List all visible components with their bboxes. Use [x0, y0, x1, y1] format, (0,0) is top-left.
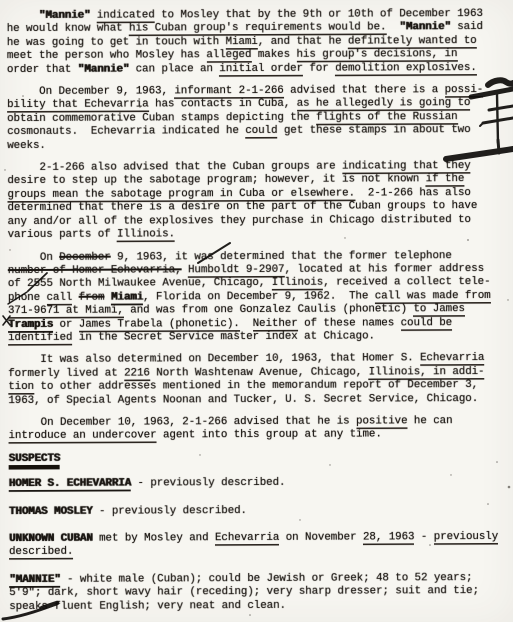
text-segment: On December 9, 1963, — [7, 85, 174, 98]
scanned-document-page: "Mannie" indicated to Mosley that by the… — [0, 0, 513, 622]
text-segment: 2-1-266 has also — [355, 187, 471, 200]
text-segment: , Florida on December 9, 1962. The — [143, 290, 375, 303]
text-segment: for — [303, 62, 335, 74]
text-segment: groups mean the sabotage program in Cuba… — [7, 187, 355, 201]
text-segment: "Mannie" — [39, 10, 91, 22]
text-segment: alleged — [206, 49, 251, 61]
text-segment: said — [451, 21, 483, 33]
text-segment: "MANNIE" — [9, 574, 61, 586]
text-segment: order that — [7, 63, 78, 75]
text-segment: to other addresses mentioned in the memo… — [34, 379, 478, 393]
text-segment: of these names — [298, 317, 401, 329]
text-segment: Humboldt 9-2907 — [188, 264, 285, 276]
text-segment: 1963, of Special Agents Noonan and Tucke… — [8, 393, 478, 407]
text-segment: or — [53, 318, 79, 330]
text-segment — [7, 10, 39, 22]
text-segment: any and/or all of the explosives they pu… — [8, 214, 471, 228]
text-segment: of 2555 North Milwaukee Avenue, Chicago, — [8, 277, 272, 290]
text-segment: On December 10, 1963, 2-1-266 advised th… — [8, 416, 356, 430]
text-segment: , and that he — [258, 35, 348, 47]
text-segment: introduce an undercover — [8, 430, 156, 443]
text-segment: HOMER S. ECHEVARRIA — [9, 478, 131, 491]
text-segment: phone — [8, 292, 47, 304]
paragraph: On December 9, 1963, it was determined t… — [8, 249, 508, 345]
text-segment: number of Homer Echevarria, — [8, 264, 182, 277]
text-segment: 9, 1963, it was determined that the form… — [111, 250, 452, 263]
text-segment: formerly lived at — [8, 367, 124, 380]
text-segment: , received a collect tele- — [323, 276, 490, 289]
text-segment: tion — [8, 381, 34, 393]
suspect-entry: HOMER S. ECHEVARRIA - previously describ… — [9, 476, 509, 492]
text-segment: on November — [279, 532, 363, 544]
text-segment: Illinois, in addi- — [369, 366, 485, 379]
text-segment: 2-1-266 also advised that the Cuban grou… — [7, 161, 342, 174]
text-line: described. — [9, 544, 509, 560]
suspect-entry: THOMAS MOSLEY - previously described. — [9, 504, 509, 520]
text-segment: he was going to get in touch with — [7, 36, 226, 49]
text-segment: and was from one Gonzalez Caulis (phonet… — [124, 303, 414, 316]
text-segment: could be — [401, 317, 453, 329]
text-segment: James Trabela (phonetic). — [79, 318, 240, 331]
text-segment: UNKNOWN CUBAN — [9, 533, 93, 545]
text-segment: 5'9"; dark, short wavy hair (receding); … — [9, 585, 479, 599]
text-segment: SUSPECTS — [9, 453, 61, 465]
text-segment: "Mannie" — [78, 63, 130, 75]
text-line: various parts of Illinois. — [8, 227, 508, 243]
text-segment: call was made from — [375, 290, 491, 303]
paragraph: "Mannie" indicated to Mosley that by the… — [7, 8, 507, 77]
text-segment: - previously described. — [131, 477, 286, 490]
text-segment: Illinois — [272, 277, 324, 289]
text-segment: he would know what — [7, 23, 129, 36]
text-segment: - — [414, 531, 433, 543]
text-segment: to Mosley that by the 9th or 10th of Dec… — [155, 8, 483, 21]
text-segment: in the Secret Service master index at Ch… — [72, 330, 375, 343]
text-segment: Neither — [253, 317, 298, 329]
text-segment: On — [8, 251, 60, 263]
text-line: introduce an undercover agent into this … — [8, 428, 508, 444]
text-segment: - white male (Cuban); could be Jewish or… — [61, 572, 473, 586]
text-segment: Trampis — [8, 318, 53, 330]
text-line: weeks. — [7, 138, 507, 154]
text-segment: definitely wanted to — [348, 35, 477, 48]
paragraph: On December 10, 1963, 2-1-266 advised th… — [8, 415, 508, 444]
text-segment: Echevarria — [215, 532, 279, 544]
text-segment: initial order — [219, 62, 303, 74]
text-line: THOMAS MOSLEY - previously described. — [9, 504, 509, 520]
text-segment: desire to step up the sabotage program; … — [7, 174, 425, 188]
text-segment: THOMAS MOSLEY — [9, 505, 93, 517]
text-segment: from — [79, 291, 105, 303]
text-segment: identified — [8, 332, 72, 344]
text-segment: can place an — [129, 63, 219, 75]
text-segment: get these stamps in about two — [277, 124, 470, 137]
suspect-entry: UNKNOWN CUBAN met by Mosley and Echevarr… — [9, 531, 509, 560]
text-segment: various parts of — [8, 229, 117, 241]
text-segment: It was also determined on December 10, 1… — [8, 353, 420, 367]
text-line: UNKNOWN CUBAN met by Mosley and Echevarr… — [9, 531, 509, 547]
text-segment: 28, 1963 — [363, 531, 415, 543]
text-segment — [240, 318, 253, 330]
paragraph: It was also determined on December 10, 1… — [8, 352, 508, 408]
document-body: "Mannie" indicated to Mosley that by the… — [7, 8, 510, 622]
text-segment: as he allegedly is going to — [297, 98, 471, 111]
text-line: SUSPECTS — [9, 451, 509, 467]
text-segment: his group's decisions, in — [296, 48, 457, 61]
text-line: identified in the Secret Service master … — [8, 330, 508, 346]
text-segment: , located at his former address — [285, 263, 485, 276]
text-segment: meet the person who Mosley has — [7, 49, 207, 62]
text-segment: bility that Echevarria — [7, 99, 149, 112]
suspect-entry: "MANNIE" - white male (Cuban); could be … — [9, 572, 509, 614]
text-line: 5'9"; dark, short wavy hair (receding); … — [9, 585, 509, 601]
text-segment: his Cuban group's requirements would be. — [129, 22, 386, 35]
text-line: order that "Mannie" can place an initial… — [7, 62, 507, 78]
text-segment: cosmonauts. Echevarria indicated he — [7, 125, 245, 138]
paragraph: 2-1-266 also advised that the Cuban grou… — [7, 160, 507, 243]
text-segment: he can — [407, 415, 452, 427]
text-segment: indicated — [97, 9, 155, 21]
text-segment: "Mannie" — [399, 22, 451, 34]
text-segment: possi- — [445, 84, 484, 96]
text-segment: described. — [9, 546, 73, 558]
text-segment: advised that there is a — [284, 84, 445, 97]
paragraph: On December 9, 1963, informant 2-1-266 a… — [7, 84, 507, 153]
text-segment: 371-9671 at Miami, — [8, 305, 124, 318]
text-segment: call — [47, 292, 73, 304]
text-line: HOMER S. ECHEVARRIA - previously describ… — [9, 476, 509, 492]
text-segment: to James — [413, 303, 465, 315]
text-segment: Miami — [111, 291, 143, 303]
text-segment: obtain commemorative Cuban stamps depict… — [7, 112, 316, 125]
text-segment: North Washtenaw Avenue, Chicago, — [150, 366, 369, 379]
text-line: cosmonauts. Echevarria indicated he coul… — [7, 124, 507, 140]
text-segment: could — [245, 125, 277, 137]
text-segment: positive — [356, 415, 408, 427]
text-segment: agent into this group at any time. — [157, 429, 382, 442]
text-line: speaks fluent English; very neat and cle… — [9, 599, 509, 615]
text-segment: December — [59, 251, 111, 263]
text-segment: determined that there is a desire on the… — [7, 200, 477, 214]
text-segment: flights of the Russian — [316, 111, 458, 124]
text-line: Trampis or James Trabela (phonetic). Nei… — [8, 316, 508, 332]
text-segment: if the — [426, 174, 465, 186]
text-segment: met by Mosley and — [93, 532, 215, 545]
text-segment: demolition explosives. — [335, 62, 477, 75]
text-segment: speaks fluent English; very neat and cle… — [9, 600, 286, 613]
text-segment: previously — [434, 531, 498, 543]
text-segment: has contacts in Cuba, — [149, 98, 297, 111]
text-segment: makes — [251, 49, 296, 61]
text-line: any and/or all of the explosives they pu… — [8, 214, 508, 230]
text-line: 1963, of Special Agents Noonan and Tucke… — [8, 392, 508, 408]
text-segment — [386, 22, 399, 34]
text-segment: Illinois. — [117, 228, 175, 240]
text-segment: weeks. — [7, 140, 46, 152]
text-segment: - previously described. — [92, 505, 247, 518]
text-segment: Miami — [226, 36, 258, 48]
text-segment: Echevarria — [420, 352, 484, 364]
suspects-heading: SUSPECTS — [9, 451, 509, 467]
text-segment: informant 2-1-266 — [174, 85, 283, 97]
text-segment: 2216 — [124, 367, 150, 379]
text-segment: indicating that they — [342, 160, 471, 173]
